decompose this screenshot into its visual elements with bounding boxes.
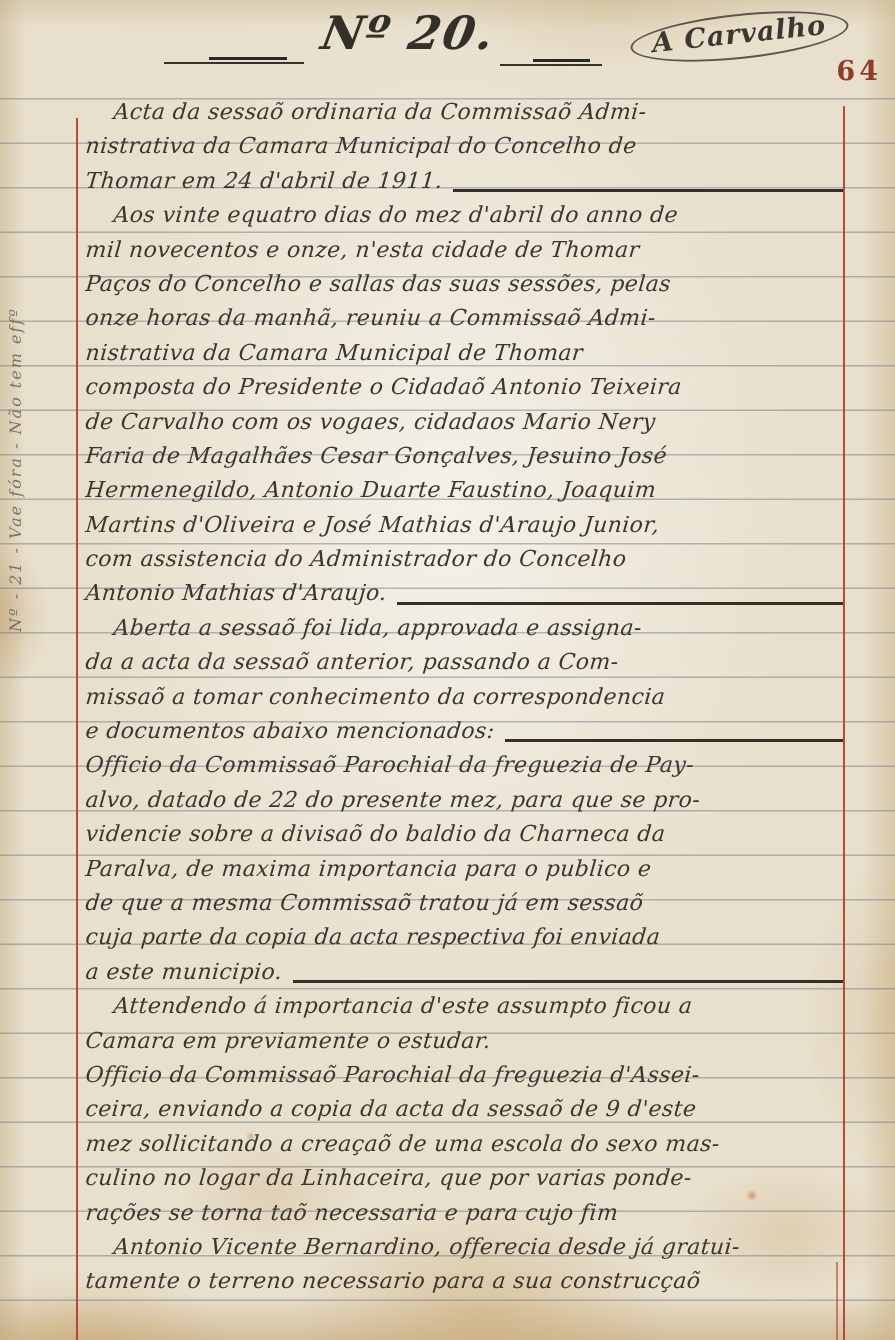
manuscript-line: missaõ a tomar conhecimento da correspon…: [84, 681, 845, 715]
filler-rule: [453, 165, 843, 192]
manuscript-line-text: alvo, datado de 22 do presente mez, para…: [84, 784, 702, 818]
manuscript-line: e documentos abaixo mencionados:: [84, 715, 845, 749]
manuscript-line-text: onze horas da manhã, reuniu a Commissaõ …: [84, 302, 657, 336]
manuscript-line-text: Faria de Magalhães Cesar Gonçalves, Jesu…: [84, 440, 668, 474]
manuscript-line: Acta da sessaõ ordinaria da Commissaõ Ad…: [84, 96, 845, 130]
page-number: 64: [836, 56, 882, 87]
manuscript-line-text: Antonio Mathias d'Araujo.: [84, 577, 388, 611]
manuscript-line-text: composta do Presidente o Cidadaõ Antonio…: [84, 371, 683, 405]
manuscript-line-text: Attendendo á importancia d'este assumpto…: [84, 990, 694, 1024]
manuscript-line: Thomar em 24 d'abril de 1911.: [84, 165, 845, 199]
manuscript-line: ceira, enviando a copia da acta da sessa…: [84, 1093, 845, 1127]
manuscript-line: onze horas da manhã, reuniu a Commissaõ …: [84, 302, 845, 336]
manuscript-line-text: Officio da Commissaõ Parochial da fregue…: [84, 749, 695, 783]
signature: A Carvalho: [629, 3, 851, 71]
manuscript-line: Aberta a sessaõ foi lida, approvada e as…: [84, 612, 845, 646]
manuscript-line: Antonio Mathias d'Araujo.: [84, 577, 845, 611]
manuscript-line-text: nistrativa da Camara Municipal do Concel…: [84, 130, 638, 164]
manuscript-line-text: Aberta a sessaõ foi lida, approvada e as…: [84, 612, 643, 646]
manuscript-line-text: Officio da Commissaõ Parochial da fregue…: [84, 1059, 701, 1093]
manuscript-line-text: Hermenegildo, Antonio Duarte Faustino, J…: [84, 474, 658, 508]
manuscript-line: com assistencia do Administrador do Conc…: [84, 543, 845, 577]
manuscript-line: Officio da Commissaõ Parochial da fregue…: [84, 749, 845, 783]
manuscript-line-text: Paralva, de maxima importancia para o pu…: [84, 853, 653, 887]
manuscript-line: Paços do Concelho e sallas das suas sess…: [84, 268, 845, 302]
manuscript-line: de que a mesma Commissaõ tratou já em se…: [84, 887, 845, 921]
manuscript-line-text: Antonio Vicente Bernardino, offerecia de…: [84, 1231, 741, 1265]
manuscript-line: Attendendo á importancia d'este assumpto…: [84, 990, 845, 1024]
manuscript-line-text: nistrativa da Camara Municipal de Thomar: [84, 337, 584, 371]
manuscript-line: videncie sobre a divisaõ do baldio da Ch…: [84, 818, 845, 852]
scanned-manuscript-page: Nº 20. A Carvalho 64 Nº - 21 - Vae fóra …: [0, 0, 895, 1340]
manuscript-line-text: Martins d'Oliveira e José Mathias d'Arau…: [84, 509, 661, 543]
left-margin-line: [76, 118, 78, 1340]
document-number: Nº 20.: [318, 8, 500, 59]
filler-rule: [293, 956, 843, 983]
manuscript-line: Faria de Magalhães Cesar Gonçalves, Jesu…: [84, 440, 845, 474]
manuscript-line: mez sollicitando a creaçaõ de uma escola…: [84, 1128, 845, 1162]
manuscript-line: alvo, datado de 22 do presente mez, para…: [84, 784, 845, 818]
manuscript-line-text: ceira, enviando a copia da acta da sessa…: [84, 1093, 698, 1127]
manuscript-line-text: de Carvalho com os vogaes, cidadaos Mari…: [84, 406, 657, 440]
filler-rule: [397, 577, 843, 604]
header-dash-left: [164, 54, 304, 64]
manuscript-line: nistrativa da Camara Municipal do Concel…: [84, 130, 845, 164]
header-dash-right: [500, 56, 602, 66]
manuscript-line: cuja parte da copia da acta respectiva f…: [84, 921, 845, 955]
manuscript-line-text: a este municipio.: [84, 956, 284, 990]
manuscript-line: Camara em previamente o estudar.: [84, 1025, 845, 1059]
manuscript-line-text: com assistencia do Administrador do Conc…: [84, 543, 628, 577]
manuscript-line: rações se torna taõ necessaria e para cu…: [84, 1197, 845, 1231]
manuscript-line: Hermenegildo, Antonio Duarte Faustino, J…: [84, 474, 845, 508]
manuscript-line-text: Camara em previamente o estudar.: [84, 1025, 492, 1059]
manuscript-line: Aos vinte equatro dias do mez d'abril do…: [84, 199, 845, 233]
manuscript-line: Antonio Vicente Bernardino, offerecia de…: [84, 1231, 845, 1265]
manuscript-line-text: videncie sobre a divisaõ do baldio da Ch…: [84, 818, 667, 852]
manuscript-line-text: culino no logar da Linhaceira, que por v…: [84, 1162, 693, 1196]
page-header: Nº 20. A Carvalho: [150, 8, 869, 88]
manuscript-line-text: mil novecentos e onze, n'esta cidade de …: [84, 234, 641, 268]
manuscript-line: nistrativa da Camara Municipal de Thomar: [84, 337, 845, 371]
manuscript-line: tamente o terreno necessario para a sua …: [84, 1265, 845, 1299]
manuscript-body: Acta da sessaõ ordinaria da Commissaõ Ad…: [84, 96, 845, 1300]
manuscript-line-text: rações se torna taõ necessaria e para cu…: [84, 1197, 620, 1231]
manuscript-line: da a acta da sessaõ anterior, passando a…: [84, 646, 845, 680]
manuscript-line: Officio da Commissaõ Parochial da fregue…: [84, 1059, 845, 1093]
margin-annotation: Nº - 21 - Vae fóra - Não tem effº: [6, 92, 25, 632]
manuscript-line-text: e documentos abaixo mencionados:: [84, 715, 496, 749]
manuscript-line: a este municipio.: [84, 956, 845, 990]
manuscript-line-text: Acta da sessaõ ordinaria da Commissaõ Ad…: [84, 96, 648, 130]
manuscript-line: Paralva, de maxima importancia para o pu…: [84, 853, 845, 887]
manuscript-line-text: da a acta da sessaõ anterior, passando a…: [84, 646, 620, 680]
manuscript-line: Martins d'Oliveira e José Mathias d'Arau…: [84, 509, 845, 543]
manuscript-line-text: mez sollicitando a creaçaõ de uma escola…: [84, 1128, 721, 1162]
manuscript-line: de Carvalho com os vogaes, cidadaos Mari…: [84, 406, 845, 440]
manuscript-line-text: Thomar em 24 d'abril de 1911.: [84, 165, 444, 199]
filler-rule: [505, 715, 843, 742]
manuscript-line-text: cuja parte da copia da acta respectiva f…: [84, 921, 662, 955]
manuscript-line-text: Aos vinte equatro dias do mez d'abril do…: [84, 199, 679, 233]
manuscript-line-text: Paços do Concelho e sallas das suas sess…: [84, 268, 672, 302]
manuscript-line-text: missaõ a tomar conhecimento da correspon…: [84, 681, 667, 715]
manuscript-line: mil novecentos e onze, n'esta cidade de …: [84, 234, 845, 268]
manuscript-line: culino no logar da Linhaceira, que por v…: [84, 1162, 845, 1196]
manuscript-line-text: tamente o terreno necessario para a sua …: [84, 1265, 702, 1299]
manuscript-line: composta do Presidente o Cidadaõ Antonio…: [84, 371, 845, 405]
manuscript-line-text: de que a mesma Commissaõ tratou já em se…: [84, 887, 645, 921]
